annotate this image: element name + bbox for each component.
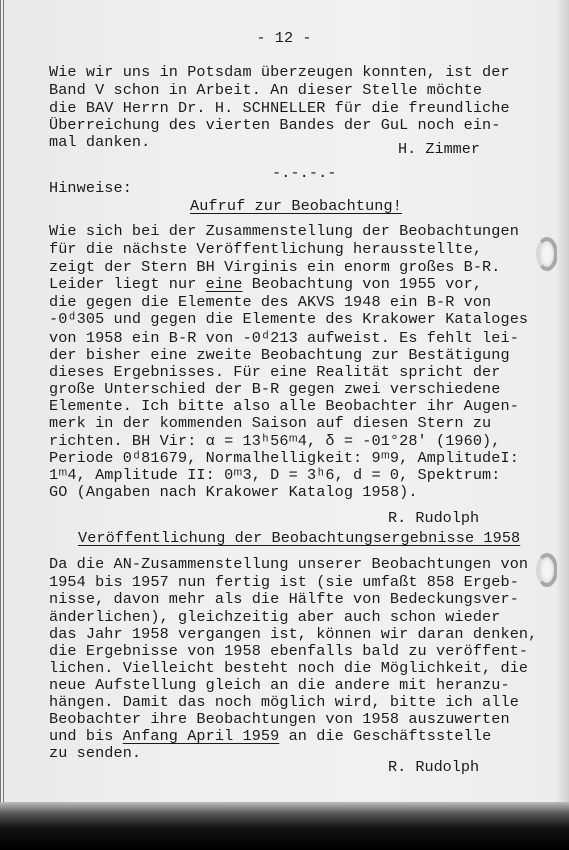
text-line: Leider liegt nur eine Beobachtung von 19… [49,274,482,294]
text-line: Wie sich bei der Zusammenstellung der Be… [49,221,519,241]
text-line: GO (Angaben nach Krakower Katalog 1958). [49,482,418,502]
signature-rudolph: R. Rudolph [388,508,479,528]
text-line: -0ᵈ305 und gegen die Elemente des Krakow… [49,309,528,329]
text-line: Wie wir uns in Potsdam überzeugen konnte… [49,62,510,82]
text-fragment: an die Geschäftsstelle [279,727,491,745]
text-line: merk in der kommenden Saison auf diesen … [49,413,491,433]
section-title: Aufruf zur Beobachtung! [190,196,402,216]
hinweise-label: Hinweise: [49,178,132,198]
text-line: mal danken. [49,132,150,152]
section-title: Veröffentlichung der Beobachtungsergebni… [78,528,520,548]
signature-rudolph: R. Rudolph [388,757,479,777]
text-line: Band V schon in Arbeit. An dieser Stelle… [49,80,482,100]
text-line: nisse, davon mehr als die Hälfte von Bed… [49,589,519,609]
scan-shadow [0,802,569,850]
binder-ring-icon [536,553,558,587]
page-edge [557,0,569,810]
signature-zimmer: H. Zimmer [398,139,480,159]
text-line: für die nächste Veröffentlichung herauss… [49,239,482,259]
binder-ring-icon [536,237,558,271]
text-fragment: Beobachtung von 1955 vor, [243,275,483,293]
text-line: zu senden. [49,743,141,763]
separator: -.-.-.- [272,163,337,183]
document-page: - 12 - Wie wir uns in Potsdam überzeugen… [0,0,560,808]
deadline-date: Anfang April 1959 [123,727,280,745]
page-number: - 12 - [4,28,564,48]
text-fragment: Leider liegt nur [49,275,206,293]
emphasis-word: eine [206,275,243,293]
text-line: Da die AN-Zusammenstellung unserer Beoba… [49,554,528,574]
